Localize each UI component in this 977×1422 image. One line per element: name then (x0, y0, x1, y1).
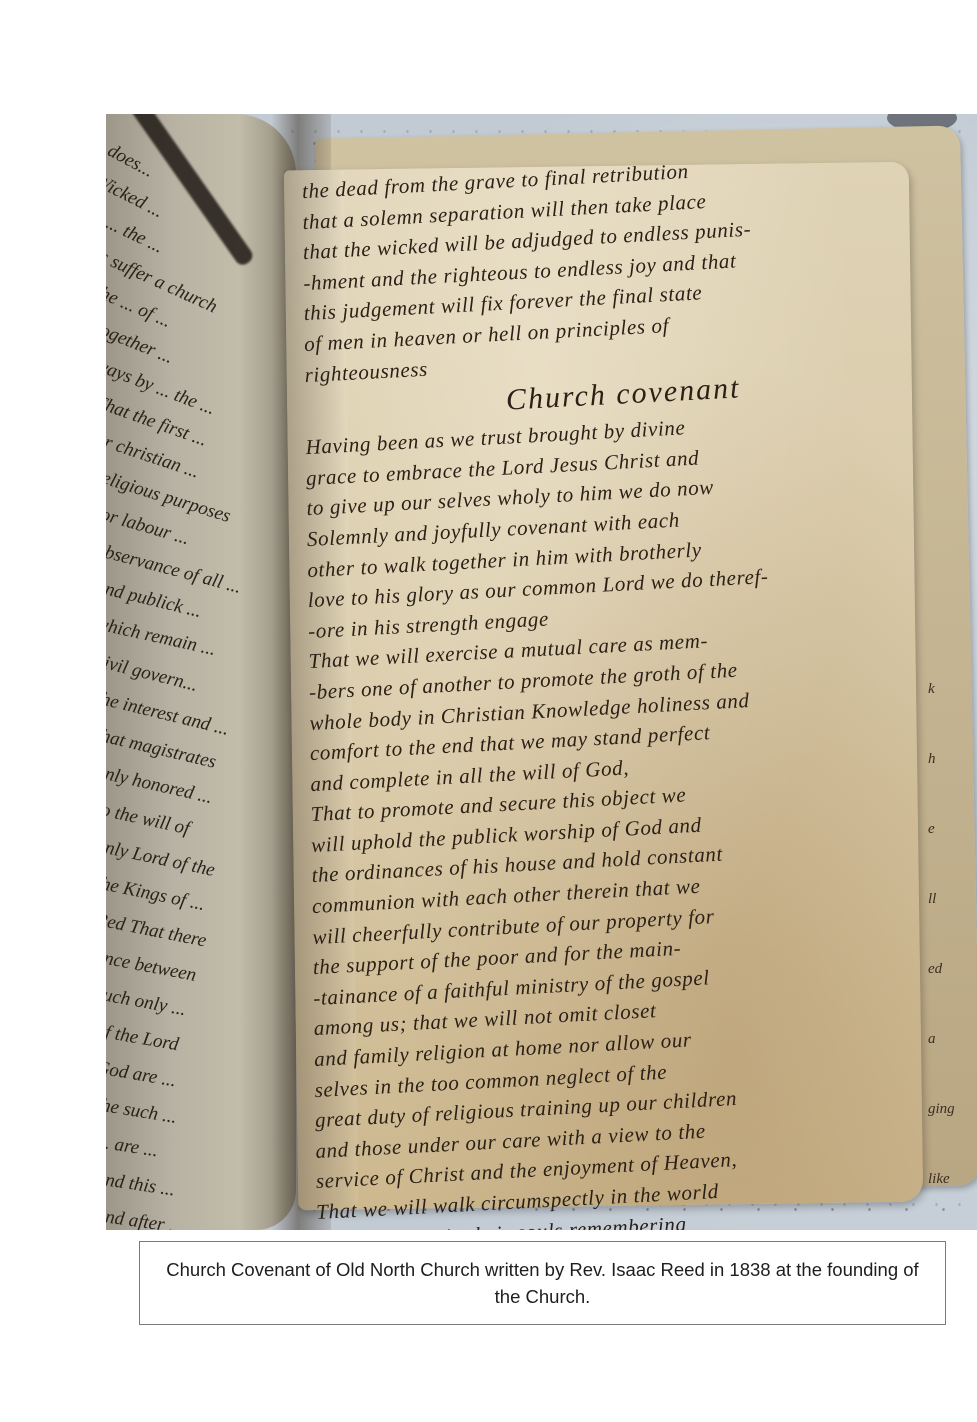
covenant-text: Having been as we trust brought by divin… (305, 424, 916, 1230)
right-manuscript-page: the dead from the grave to final retribu… (284, 162, 923, 1211)
margin-fragment: h (928, 744, 968, 774)
left-page-handwriting: f. does...Wicked ...s ... the ...is suff… (106, 124, 296, 1230)
margin-fragment: ll (928, 884, 968, 914)
back-page-margin-fragments: khelledaginglike (928, 674, 968, 1194)
manuscript-photo: f. does...Wicked ...s ... the ...is suff… (106, 114, 977, 1230)
margin-fragment: like (928, 1164, 968, 1194)
preamble-text: the dead from the grave to final retribu… (302, 168, 902, 390)
caption-box: Church Covenant of Old North Church writ… (139, 1241, 946, 1325)
margin-fragment: ed (928, 954, 968, 984)
caption-text: Church Covenant of Old North Church writ… (160, 1256, 925, 1310)
margin-fragment: ging (928, 1094, 968, 1124)
margin-fragment: e (928, 814, 968, 844)
margin-fragment: a (928, 1024, 968, 1054)
manuscript-text: the dead from the grave to final retribu… (302, 168, 916, 1230)
margin-fragment: k (928, 674, 968, 704)
left-curled-page: f. does...Wicked ...s ... the ...is suff… (106, 114, 296, 1230)
